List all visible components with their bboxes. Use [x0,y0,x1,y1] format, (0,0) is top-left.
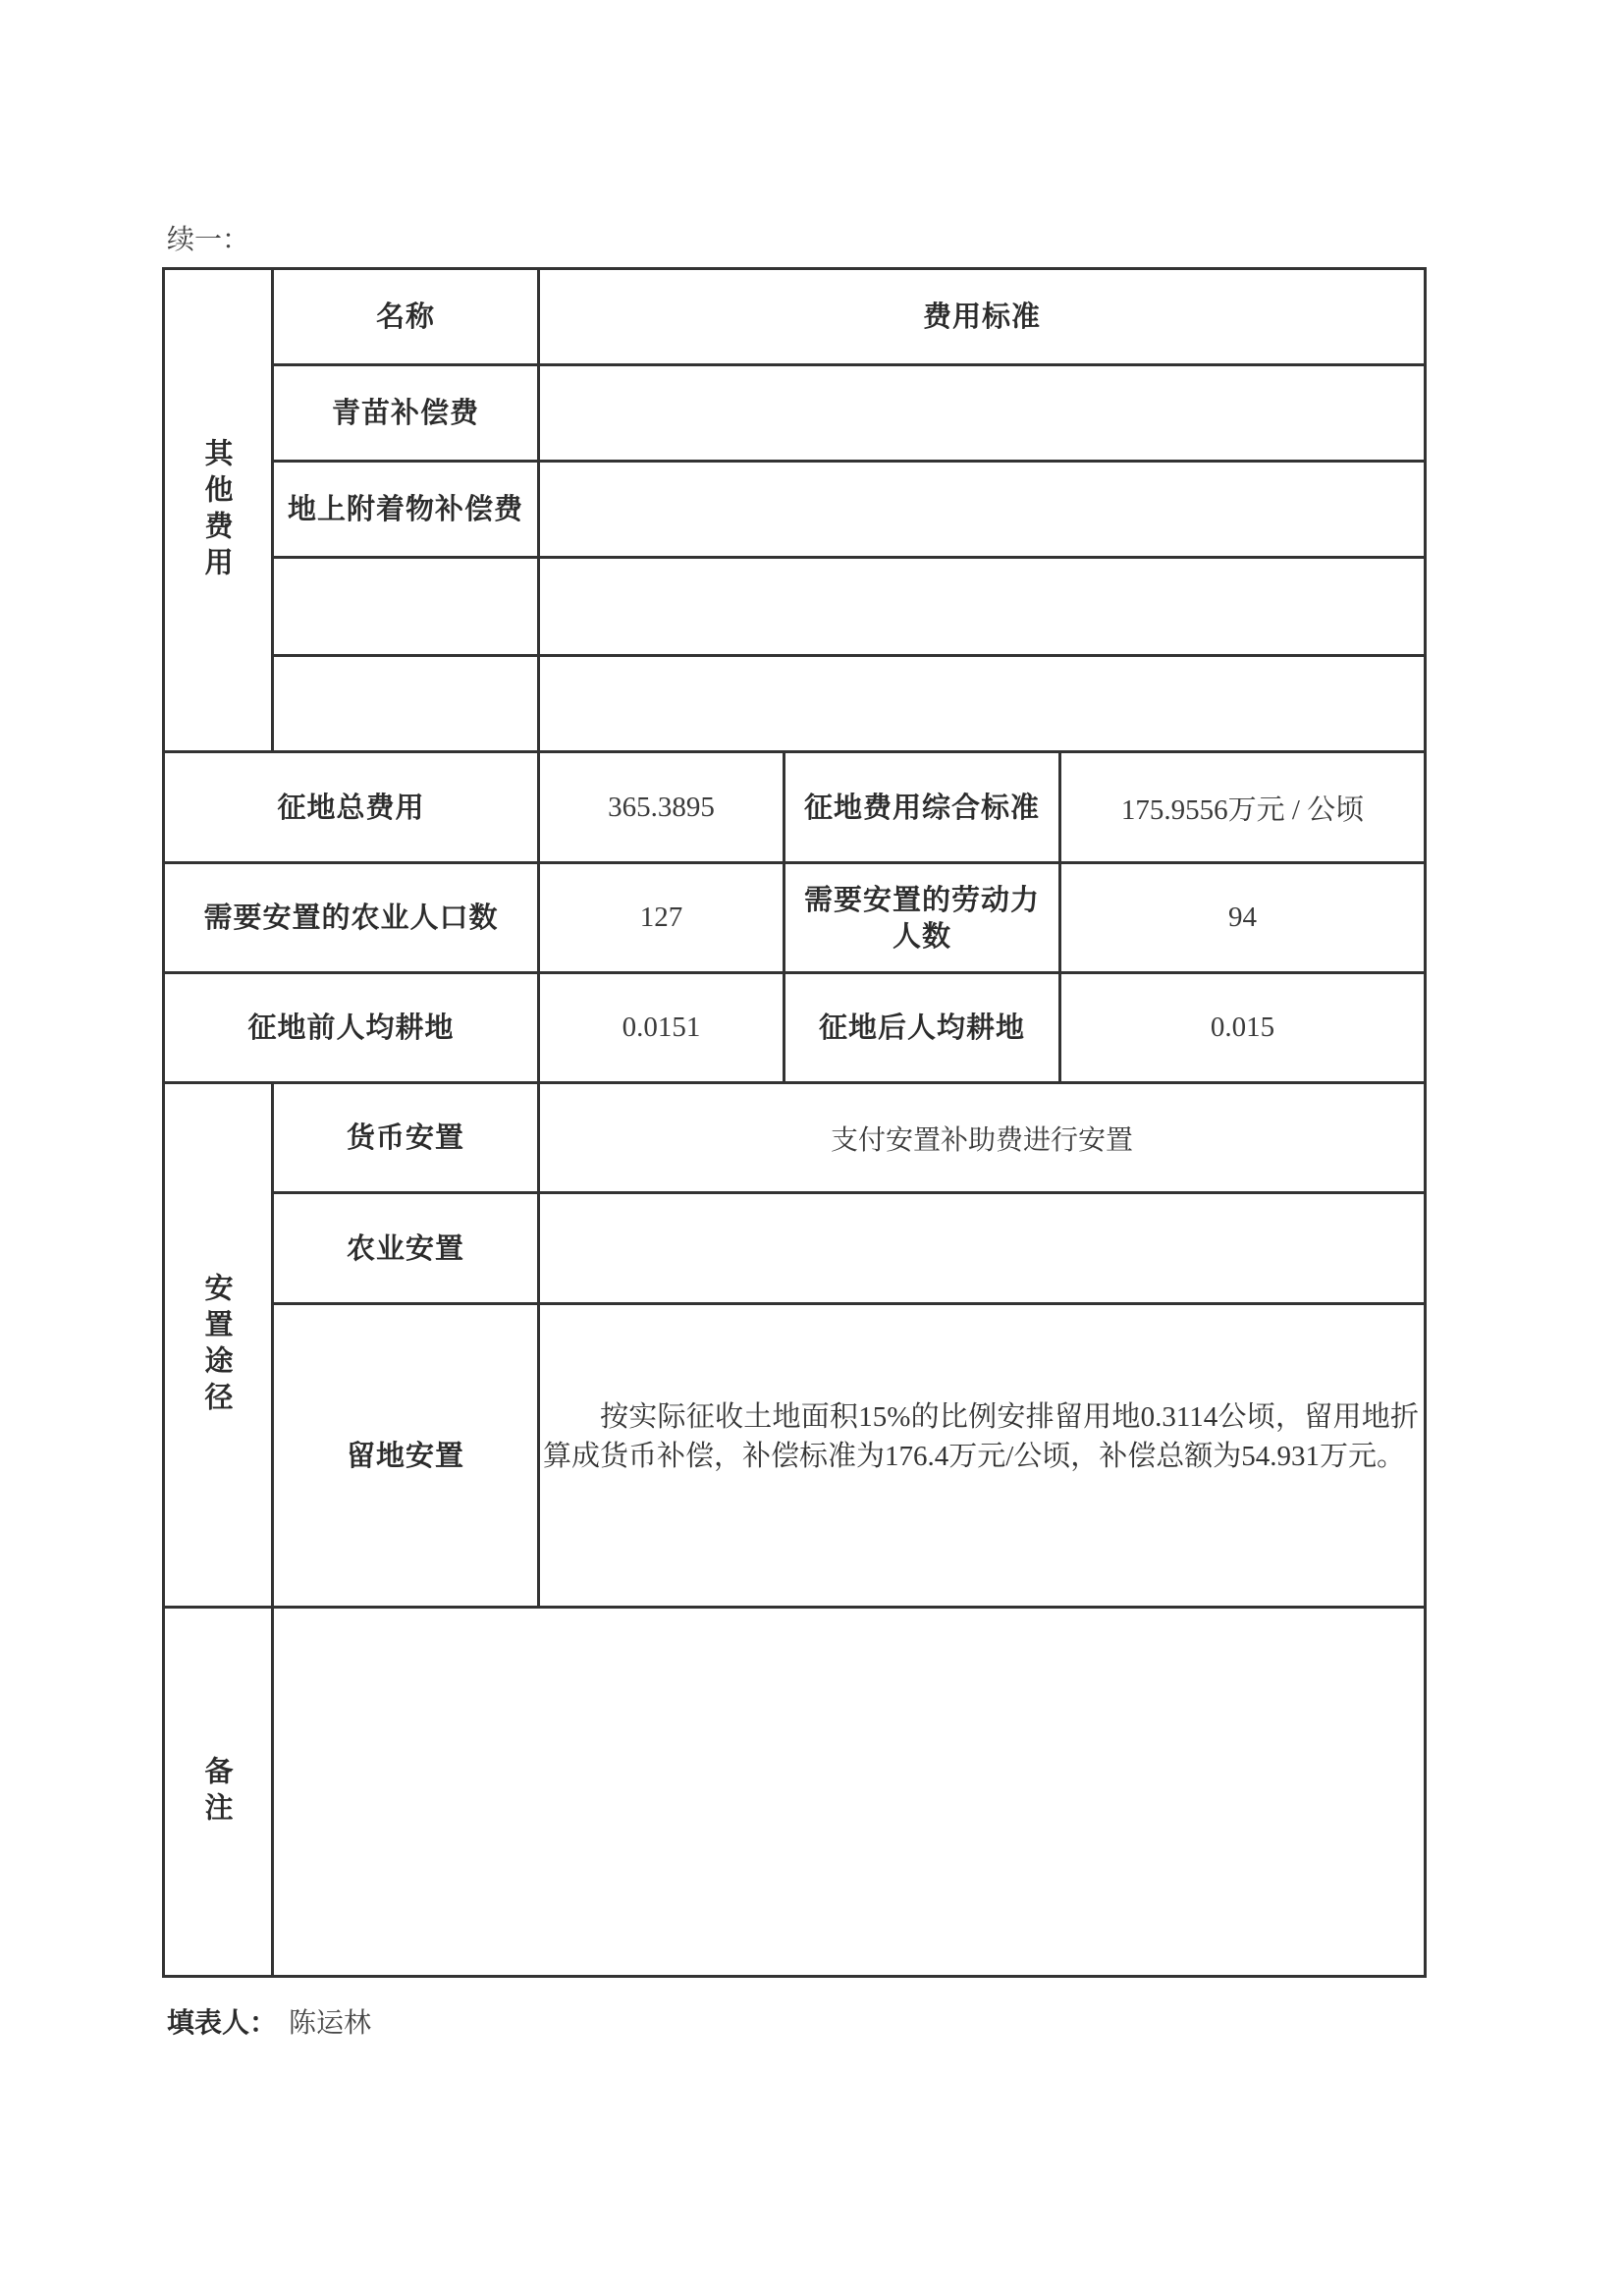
fee-standard-attachments[interactable] [540,463,1424,556]
composite-standard-label: 征地费用综合标准 [785,753,1058,861]
resettlement-section-label: 安置途径 [165,1084,271,1606]
monetary-resettlement-content: 支付安置补助费进行安置 [540,1084,1424,1191]
other-fees-label-text: 其他费用 [198,438,239,583]
farmland-before-label: 征地前人均耕地 [165,974,537,1081]
farmland-after-label: 征地后人均耕地 [785,974,1058,1081]
farmland-after-value: 0.015 [1061,974,1424,1081]
fee-name-blank-2[interactable] [274,657,537,750]
total-cost-value: 365.3895 [540,753,783,861]
header-name: 名称 [274,270,537,363]
table-border-right [1424,267,1427,1978]
labor-count-label: 需要安置的劳动力人数 [795,864,1049,971]
total-cost-label: 征地总费用 [165,753,537,861]
header-fee-standard: 费用标准 [540,270,1424,363]
agricultural-resettlement-label: 农业安置 [274,1194,537,1302]
remarks-label: 备注 [165,1609,271,1975]
filler-name: 陈运林 [289,2006,371,2039]
fee-name-seedling: 青苗补偿费 [274,366,537,460]
fee-standard-seedling[interactable] [540,366,1424,460]
monetary-resettlement-label: 货币安置 [274,1084,537,1191]
fee-name-blank-1[interactable] [274,559,537,654]
other-fees-section-label: 其他费用 [165,270,271,750]
form-caption: 续一： [167,218,249,257]
resettlement-label-text: 安置途径 [198,1273,239,1418]
form-footer: 填表人：陈运林 [167,2001,371,2041]
reserved-land-resettlement-label: 留地安置 [274,1305,537,1606]
composite-standard-value: 175.9556万元 / 公顷 [1061,753,1424,861]
farmland-before-value: 0.0151 [540,974,783,1081]
agri-population-value: 127 [540,864,783,971]
fee-standard-blank-1[interactable] [540,559,1424,654]
fee-standard-blank-2[interactable] [540,657,1424,750]
remarks-content[interactable] [274,1609,1424,1975]
reserved-land-resettlement-content: 按实际征收土地面积15%的比例安排留用地0.3114公顷，留用地折算成货币补偿，… [543,1397,1419,1476]
labor-count-value: 94 [1061,864,1424,971]
fee-name-attachments: 地上附着物补偿费 [274,463,537,556]
agri-population-label: 需要安置的农业人口数 [165,864,537,971]
filler-label: 填表人： [167,2006,277,2039]
remarks-label-text: 备注 [198,1756,239,1829]
table-border-bottom [162,1975,1427,1978]
agricultural-resettlement-content[interactable] [540,1194,1424,1302]
